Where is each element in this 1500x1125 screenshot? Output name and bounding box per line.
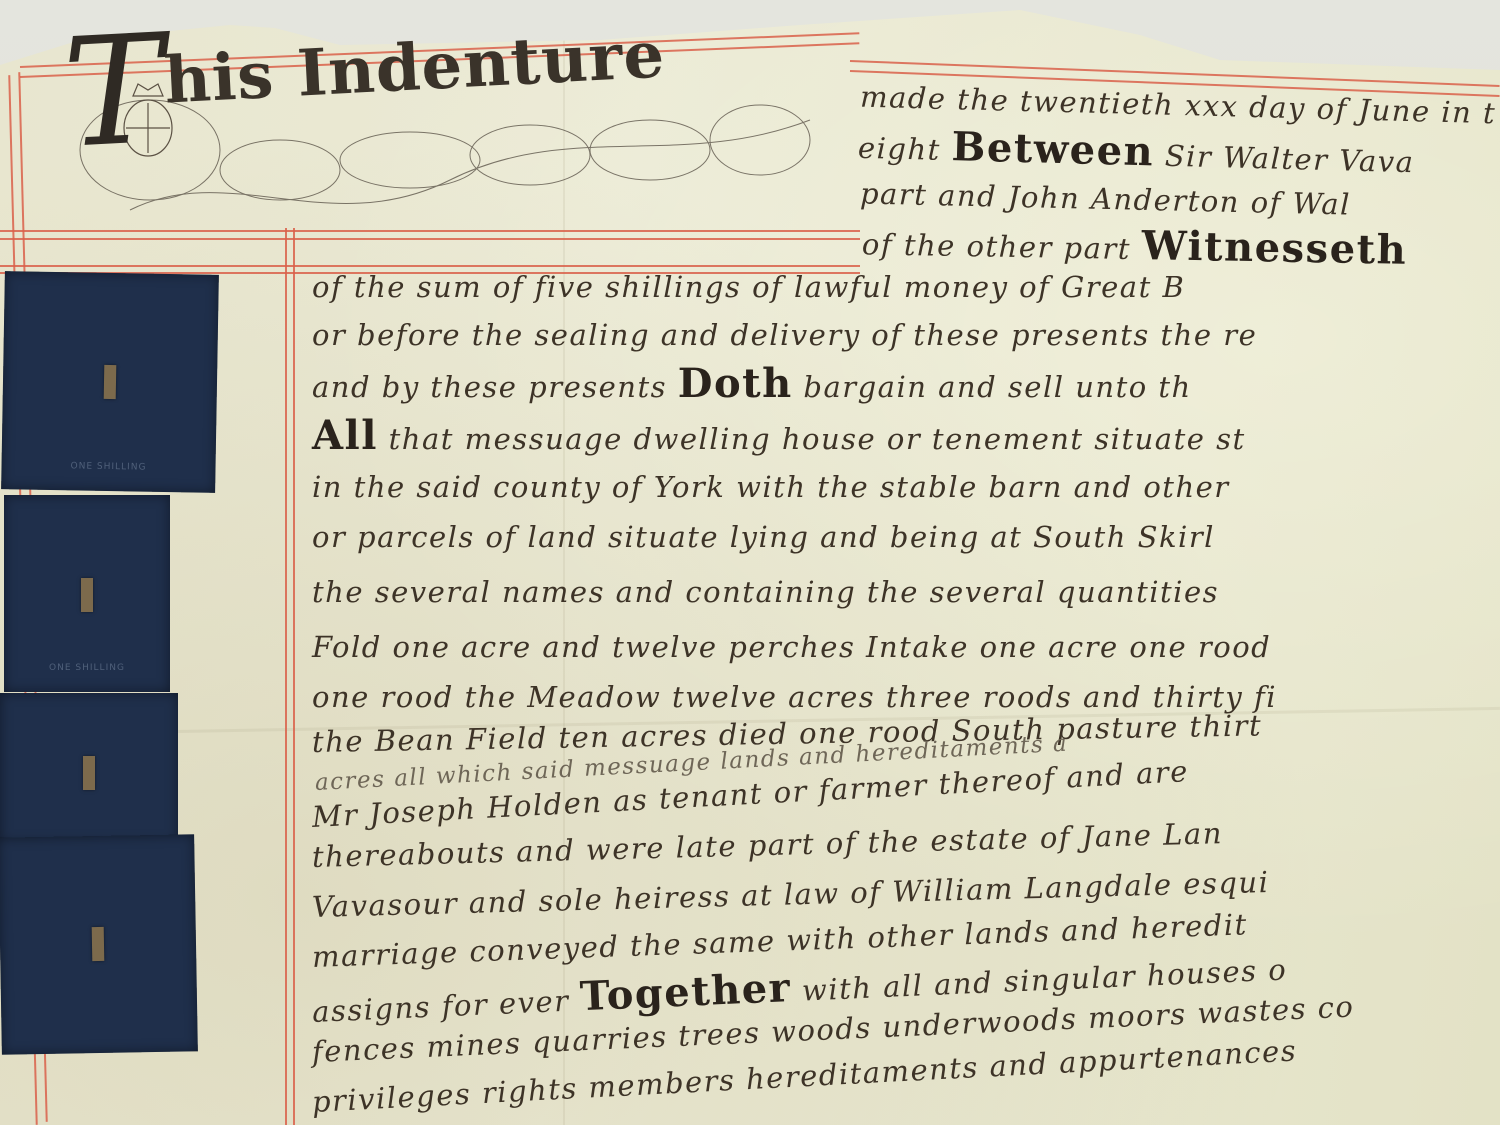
keyword-between: Between: [951, 123, 1155, 175]
stamp-label: ONE SHILLING: [1, 459, 215, 475]
keyword-witnesseth: Witnesseth: [1141, 222, 1407, 274]
body-line-2: or before the sealing and delivery of th…: [312, 318, 1257, 352]
stamp-tab: [92, 927, 105, 961]
stamp-label: ONE SHILLING: [4, 662, 170, 674]
stamp-tab: [83, 756, 95, 790]
body-line-4: All that messuage dwelling house or tene…: [312, 412, 1246, 459]
keyword-together: Together: [579, 964, 792, 1020]
stamp-tab: [81, 578, 93, 612]
revenue-stamp-3: [0, 693, 178, 843]
body-line-1: of the sum of five shillings of lawful m…: [312, 270, 1185, 304]
keyword-doth: Doth: [678, 360, 793, 407]
stamp-tab: [104, 364, 117, 398]
body-line-3: and by these presents Doth bargain and s…: [312, 360, 1192, 407]
body-line-7: the several names and containing the sev…: [312, 575, 1219, 609]
revenue-stamp-1: ONE SHILLING: [1, 271, 219, 493]
heading-initial: T: [59, 3, 169, 182]
header-line-4: of the other part Witnesseth: [862, 217, 1408, 274]
body-line-5: in the said county of York with the stab…: [312, 470, 1230, 504]
keyword-all: All: [312, 412, 378, 459]
revenue-stamp-2: ONE SHILLING: [4, 495, 170, 692]
body-line-6: or parcels of land situate lying and bei…: [312, 520, 1215, 554]
body-line-8: Fold one acre and twelve perches Intake …: [312, 630, 1271, 664]
heading-text: his Indenture: [162, 17, 666, 118]
body-line-9: one rood the Meadow twelve acres three r…: [312, 680, 1277, 714]
revenue-stamp-4: [0, 834, 198, 1054]
